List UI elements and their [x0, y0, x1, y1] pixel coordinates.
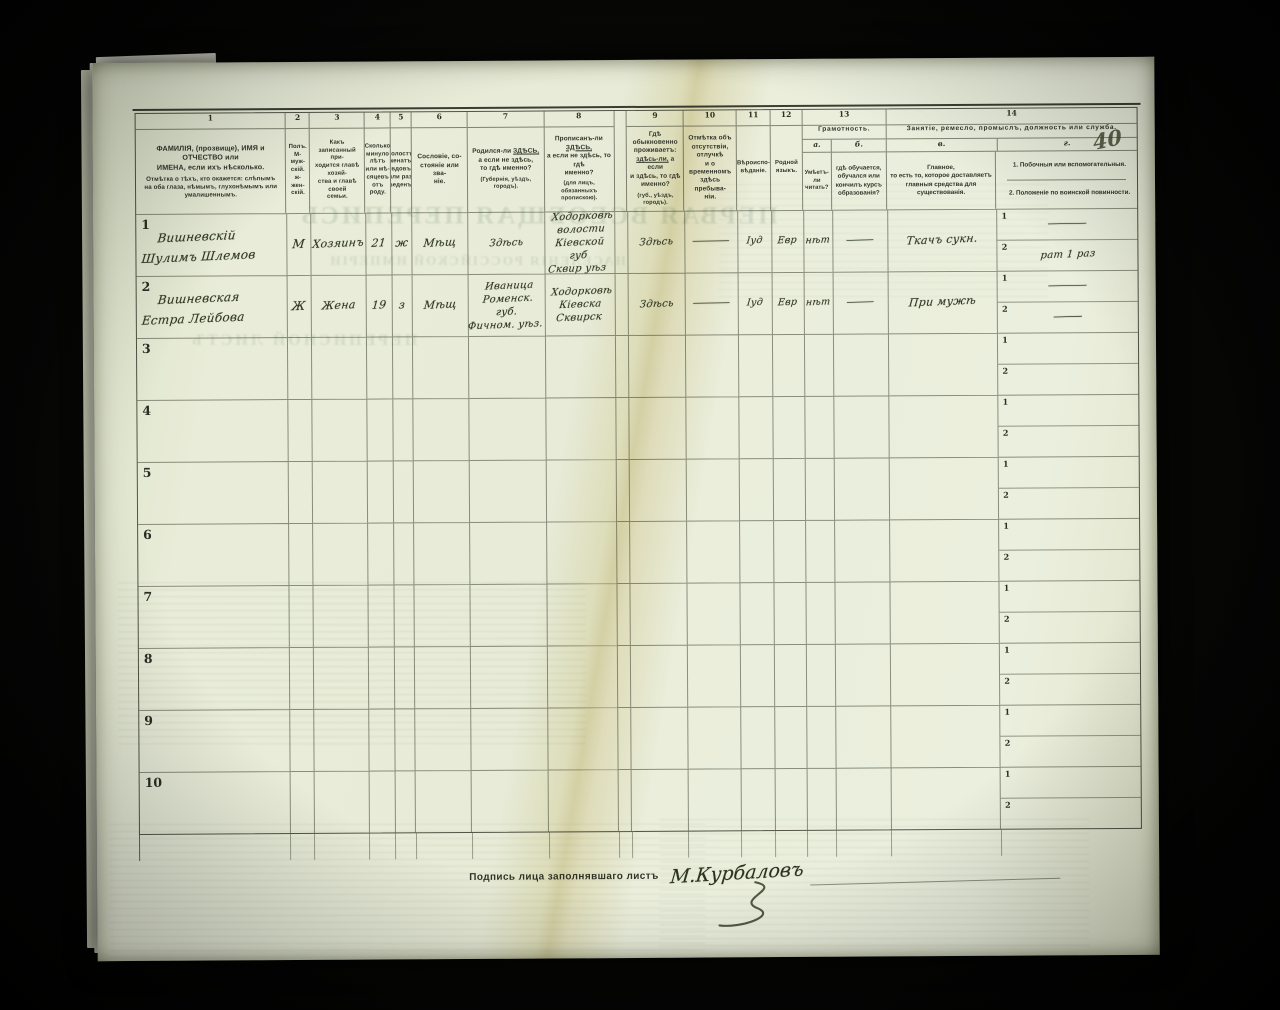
- cell-marital-status: ж: [392, 212, 413, 274]
- cell-literacy-education: [835, 581, 890, 643]
- page-fold: [616, 335, 629, 397]
- col-header-14-occupation: 14 Занятіе, ремесло, промыслъ, должность…: [887, 108, 1138, 210]
- occupation-side-1: 1 —: [997, 209, 1137, 241]
- col-header-12: 12 Родной языкъ.: [771, 110, 804, 210]
- page-fold: [616, 273, 629, 335]
- cell-language: [775, 706, 807, 768]
- cell-birthplace: [470, 397, 547, 459]
- page-fold: [618, 707, 631, 769]
- table-row: 2 Вишневская Естра Лейбова Ж Жена 19 з М…: [137, 270, 1138, 338]
- cell-literacy-education: —: [833, 271, 888, 333]
- cell-residence: [629, 335, 686, 397]
- col-header-10: 10 Отмѣтка объ отсутствіи, отлучкѣ и о в…: [684, 110, 737, 210]
- occupation-side-2: 2: [1000, 550, 1140, 581]
- col-header-3: 3 Какъ записанный при- ходится главѣ хоз…: [310, 113, 365, 213]
- cell-absence-note: [686, 334, 739, 396]
- cell-language: [773, 396, 805, 458]
- cell-sex: М: [287, 213, 311, 275]
- col6-text: Сословіе, со- стояніе или зва- ніе.: [414, 153, 465, 187]
- col8-note: (для лицъ, обязанныхъ пропискою).: [547, 181, 612, 204]
- cell-birthplace: [472, 769, 549, 831]
- cell-literacy-read: [805, 396, 834, 458]
- cell-sex: [288, 399, 312, 461]
- cell-registration: [547, 521, 617, 583]
- cell-literacy-education: [836, 767, 891, 829]
- page-fold: [617, 459, 630, 521]
- col-number: 5: [391, 112, 411, 128]
- table-body: 1 Вишневскій Шулимъ Шлемов М Хозяинъ 21 …: [136, 208, 1141, 834]
- col4-text: Сколько минуло лѣтъ или мѣ- сяцевъ отъ р…: [365, 143, 391, 198]
- cell-age: [367, 460, 393, 522]
- table-row: 1 Вишневскій Шулимъ Шлемов М Хозяинъ 21 …: [136, 208, 1137, 276]
- occupation-side-1: 1: [1001, 767, 1141, 799]
- occupation-side-2: 2: [999, 426, 1139, 457]
- cell-literacy-read: нѣт: [804, 210, 833, 272]
- cell-registration: [548, 645, 618, 707]
- cell-religion: Іуд: [738, 272, 772, 334]
- cell-name: 5: [138, 461, 289, 524]
- col-number: 3: [310, 113, 364, 129]
- col-header-5: 5 Холостъ, женатъ, вдовъ или раз- веденъ…: [391, 112, 413, 212]
- census-form-page-spread: ПЕРВАЯ ВСЕОБЩАЯ ПЕРЕПИСЬ НАСЕЛЕНІЯ РОССІ…: [92, 57, 1159, 961]
- cell-relation: [314, 771, 369, 833]
- cell-sex: [289, 523, 313, 585]
- cell-literacy-education: [834, 457, 889, 519]
- cell-name: 10: [140, 771, 291, 834]
- occupation-side-2: 2: [1001, 798, 1141, 829]
- cell-age: 21: [366, 212, 392, 274]
- row-number: 4: [142, 403, 151, 418]
- cell-occupation-main: Ткачъ сукн.: [888, 209, 998, 272]
- row-number: 9: [144, 713, 153, 728]
- cell-occupation-main: [891, 767, 1001, 830]
- cell-relation: [312, 461, 367, 523]
- cell-relation: [314, 709, 369, 771]
- col-header-2: 2 Полъ. М-муж- скій. ж-жен- скій.: [286, 113, 311, 213]
- page-fold: [617, 521, 630, 583]
- cell-residence: [631, 645, 688, 707]
- col-number: 6: [412, 112, 467, 128]
- cell-registration: [546, 335, 616, 397]
- cell-literacy-education: [834, 395, 889, 457]
- table-row: 4 1 2: [137, 394, 1138, 462]
- col-number: 9: [627, 111, 683, 127]
- cell-language: [773, 458, 805, 520]
- cell-age: [367, 398, 393, 460]
- cell-marital-status: [395, 708, 416, 770]
- cell-absence-note: [688, 706, 741, 768]
- occupation-main-header: Главное, то есть то, которое доставляетъ…: [887, 152, 996, 210]
- cell-religion: [741, 644, 775, 706]
- cell-absence-note: —: [685, 210, 738, 272]
- row-number: 5: [143, 465, 152, 480]
- subcol-letter-v: в.: [887, 139, 998, 152]
- cell-name: 4: [137, 399, 288, 462]
- col-number: 4: [365, 112, 390, 128]
- cell-name: 3: [137, 337, 288, 400]
- cell-relation: [312, 337, 367, 399]
- cell-registration: Ходорковѣ Кіевска Сквирск: [546, 273, 616, 335]
- occupation-side-1: 1 —: [998, 271, 1138, 303]
- cell-residence: [632, 769, 689, 831]
- cell-occupation-main: [891, 705, 1001, 768]
- occupation-side-header: 1. Побочныя или вспомогательныя. 2. Поло…: [996, 151, 1137, 209]
- cell-age: [368, 646, 394, 708]
- cell-absence-note: [686, 396, 739, 458]
- col7-note: (Губернія, уѣздъ, городъ).: [470, 176, 542, 191]
- page-fold: [615, 211, 628, 273]
- cell-occupation-main: [890, 519, 1000, 582]
- occupation-side1-header: 1. Побочныя или вспомогательныя.: [1007, 152, 1126, 181]
- cell-age: [368, 584, 394, 646]
- cell-estate: [415, 522, 471, 584]
- cell-sex: [288, 337, 312, 399]
- row-number: 7: [143, 589, 152, 604]
- cell-religion: Іуд: [738, 210, 772, 272]
- cell-residence: [630, 459, 687, 521]
- cell-name: 1 Вишневскій Шулимъ Шлемов: [136, 213, 287, 276]
- page-fold: [617, 583, 630, 645]
- occupation-side-1: 1: [999, 457, 1139, 489]
- cell-occupation-side: 1 2: [999, 394, 1139, 457]
- occupation-side-1: 1: [1000, 705, 1140, 737]
- cell-occupation-main: [890, 581, 1000, 644]
- cell-birthplace: Здѣсь: [469, 211, 546, 273]
- cell-registration: [547, 397, 617, 459]
- page-fold: [614, 111, 628, 211]
- occupation-side-2: 2: [998, 364, 1138, 395]
- cell-relation: Хозяинъ: [311, 213, 366, 275]
- cell-religion: [741, 768, 775, 830]
- cell-residence: [630, 583, 687, 645]
- col-number: 14: [887, 108, 1137, 126]
- cell-marital-status: [392, 336, 413, 398]
- cell-literacy-education: [834, 333, 889, 395]
- cell-marital-status: [393, 398, 414, 460]
- cell-relation: Жена: [311, 275, 366, 337]
- cell-language: [774, 520, 806, 582]
- subcol-letter-a: а.: [803, 140, 832, 152]
- cell-age: [368, 522, 394, 584]
- cell-name: 8: [139, 647, 290, 710]
- cell-sex: [289, 585, 313, 647]
- cell-age: [369, 770, 395, 832]
- col2-text: Полъ. М-муж- скій. ж-жен- скій.: [288, 144, 307, 199]
- cell-birthplace: Иваница Роменск. губ. Фичном. уѣз.: [469, 273, 546, 335]
- cell-religion: [739, 334, 773, 396]
- cell-literacy-read: [805, 334, 834, 396]
- signature-flourish-icon: [705, 879, 800, 935]
- cell-absence-note: [687, 458, 740, 520]
- cell-literacy-read: [806, 520, 835, 582]
- cell-birthplace: [470, 459, 547, 521]
- col3-text: Какъ записанный при- ходится главѣ хозяй…: [312, 139, 362, 202]
- cell-language: [773, 334, 805, 396]
- cell-estate: [415, 584, 471, 646]
- col-number: 7: [468, 111, 544, 127]
- cell-marital-status: [395, 770, 416, 832]
- cell-absence-note: [687, 520, 740, 582]
- cell-name: 7: [138, 585, 289, 648]
- cell-registration: Ходорковѣ волости Кіевской губ Сквир уѣз: [545, 211, 615, 273]
- cell-marital-status: [393, 460, 414, 522]
- cell-language: Евр: [772, 210, 804, 272]
- cell-registration: [549, 769, 619, 831]
- cell-literacy-education: —: [833, 209, 888, 271]
- cell-registration: [547, 459, 617, 521]
- col-header-11: 11 Вѣроиспо- вѣданіе.: [737, 110, 772, 210]
- cell-relation: [313, 523, 368, 585]
- cell-estate: [413, 336, 469, 398]
- table-row: 3 1 2: [137, 332, 1138, 400]
- cell-occupation-side: 1 — 2 рат 1 раз: [997, 208, 1137, 271]
- row-number: 3: [142, 341, 151, 356]
- row-number: 6: [143, 527, 152, 542]
- cell-sex: [290, 647, 314, 709]
- cell-estate: [414, 460, 470, 522]
- cell-name: 9: [139, 709, 290, 772]
- cell-occupation-side: 1 2: [999, 456, 1139, 519]
- page-fold: [616, 397, 629, 459]
- cell-estate: [414, 398, 470, 460]
- col-number: 2: [286, 113, 309, 129]
- cell-estate: [415, 646, 471, 708]
- cell-estate: [416, 770, 472, 832]
- cell-occupation-side: 1 2: [999, 518, 1139, 581]
- cell-residence: [630, 521, 687, 583]
- cell-estate: Мѣщ: [413, 212, 469, 274]
- table-row: 5 1 2: [138, 456, 1139, 524]
- cell-literacy-education: [836, 705, 891, 767]
- cell-occupation-side: 1 2: [998, 332, 1138, 395]
- col-header-1: 1 ФАМИЛІЯ, (прозвище), ИМЯ и ОТЧЕСТВО ил…: [136, 113, 287, 214]
- col-number: 13: [803, 109, 886, 126]
- cell-absence-note: [687, 582, 740, 644]
- cell-absence-note: [688, 644, 741, 706]
- cell-occupation-main: [889, 395, 999, 458]
- occupation-side-2: 2 рат 1 раз: [998, 240, 1138, 271]
- row-number: 8: [144, 651, 153, 666]
- cell-occupation-main: При мужѣ: [888, 271, 998, 334]
- cell-sex: Ж: [287, 275, 311, 337]
- cell-birthplace: [470, 521, 547, 583]
- occupation-side-2: 2 —: [998, 302, 1138, 333]
- col1-title: ФАМИЛІЯ, (прозвище), ИМЯ и ОТЧЕСТВО или …: [138, 143, 284, 172]
- cell-residence: Здѣсь: [629, 273, 686, 335]
- literacy-group-label: Грамотность.: [803, 125, 886, 140]
- cell-language: [775, 768, 807, 830]
- cell-literacy-read: [807, 706, 836, 768]
- cell-literacy-read: нѣт: [804, 272, 833, 334]
- cell-literacy-read: [807, 768, 836, 830]
- cell-marital-status: [394, 522, 415, 584]
- cell-literacy-education: [835, 519, 890, 581]
- col11-text: Вѣроиспо- вѣданіе.: [737, 160, 770, 176]
- occupation-side-1: 1: [999, 519, 1139, 551]
- cell-sex: [288, 461, 312, 523]
- cell-occupation-main: [890, 643, 1000, 706]
- cell-occupation-main: [889, 457, 999, 520]
- table-row: 6 1 2: [138, 518, 1139, 586]
- name-handwriting: Вишневскій Шулимъ Шлемов: [140, 224, 258, 270]
- cell-occupation-side: 1 2: [1001, 766, 1141, 829]
- col-number: 10: [684, 110, 736, 126]
- cell-residence: Здѣсь: [628, 211, 685, 273]
- cell-age: [366, 336, 392, 398]
- cell-marital-status: [394, 584, 415, 646]
- cell-sex: [290, 771, 314, 833]
- col1-note: Отмѣтка о тѣхъ, кто окажется: слѣпымъ на…: [144, 175, 277, 200]
- occupation-side-1: 1: [1000, 643, 1140, 675]
- occupation-side-1: 1: [999, 395, 1139, 427]
- cell-residence: [631, 707, 688, 769]
- photo-background: ПЕРВАЯ ВСЕОБЩАЯ ПЕРЕПИСЬ НАСЕЛЕНІЯ РОССІ…: [0, 0, 1280, 1010]
- signature-label: Подпись лица заполнявшаго листъ: [469, 871, 659, 883]
- cell-language: [775, 644, 807, 706]
- cell-birthplace: [471, 583, 548, 645]
- col-number: 12: [771, 110, 802, 126]
- cell-age: 19: [366, 274, 392, 336]
- table-row: 10 1 2: [140, 766, 1141, 834]
- cell-absence-note: [688, 768, 741, 830]
- table-row: 7 1 2: [138, 580, 1139, 648]
- cell-occupation-side: 1 2: [1000, 704, 1140, 767]
- cell-religion: [741, 706, 775, 768]
- occupation-side-2: 2: [1000, 612, 1140, 643]
- cell-estate: Мѣщ: [413, 274, 469, 336]
- cell-birthplace: [469, 335, 546, 397]
- cell-registration: [548, 707, 618, 769]
- col10-text: Отмѣтка объ отсутствіи, отлучкѣ и о врем…: [686, 135, 734, 203]
- col5-text: Холостъ, женатъ, вдовъ или раз- веденъ.: [391, 151, 412, 190]
- table-row: 8 1 2: [139, 642, 1140, 710]
- col-header-13-literacy: 13 Грамотность. а. б. Умѣетъ- ли читать?…: [803, 109, 888, 210]
- cell-sex: [290, 709, 314, 771]
- occupation-side-2: 2: [1000, 674, 1140, 705]
- cell-language: [774, 582, 806, 644]
- cell-birthplace: [471, 645, 548, 707]
- cell-occupation-side: 1 2: [1000, 642, 1140, 705]
- cell-estate: [416, 708, 472, 770]
- table-header: 1 ФАМИЛІЯ, (прозвище), ИМЯ и ОТЧЕСТВО ил…: [136, 108, 1138, 214]
- cell-religion: [739, 396, 773, 458]
- literacy-read-header: Умѣетъ- ли читать?: [803, 153, 832, 210]
- name-handwriting: Вишневская Естра Лейбова: [141, 286, 248, 331]
- cell-literacy-read: [805, 458, 834, 520]
- cell-relation: [312, 399, 367, 461]
- cell-occupation-side: 1 2: [1000, 580, 1140, 643]
- cell-marital-status: [394, 646, 415, 708]
- cell-name: 2 Вишневская Естра Лейбова: [137, 275, 288, 338]
- cell-religion: [740, 520, 774, 582]
- page-fold: [618, 645, 631, 707]
- cell-residence: [629, 397, 686, 459]
- cell-occupation-side: 1 — 2 —: [998, 270, 1138, 333]
- cell-absence-note: —: [685, 272, 738, 334]
- cell-relation: [313, 647, 368, 709]
- cell-literacy-read: [806, 644, 835, 706]
- col-header-8: 8 Прописанъ-ли ЗДѢСЬ, а если не здѣсь, т…: [544, 111, 614, 211]
- cell-literacy-education: [835, 643, 890, 705]
- col9-text: Гдѣ обыкновенно проживаетъ: здѣсь-ли, а …: [629, 130, 681, 189]
- row-number: 10: [145, 775, 162, 790]
- cell-religion: [740, 582, 774, 644]
- cell-language: Евр: [772, 272, 804, 334]
- occupation-side-2: 2: [1001, 736, 1141, 767]
- col-number: 1: [136, 113, 286, 130]
- page-fold: [619, 769, 632, 831]
- col-header-6: 6 Сословіе, со- стояніе или зва- ніе.: [412, 112, 468, 212]
- cell-age: [369, 708, 395, 770]
- cell-marital-status: з: [392, 274, 413, 336]
- col-number: 8: [544, 111, 613, 127]
- col7-text: Родился-ли ЗДѢСЬ, а если не здѣсь, то гд…: [470, 148, 542, 174]
- col-header-4: 4 Сколько минуло лѣтъ или мѣ- сяцевъ отъ…: [365, 112, 392, 212]
- cell-name: 6: [138, 523, 289, 586]
- census-table: 1 ФАМИЛІЯ, (прозвище), ИМЯ и ОТЧЕСТВО ил…: [135, 107, 1142, 835]
- literacy-education-header: гдѣ обучается, обучался или кончилъ курс…: [831, 152, 886, 209]
- cell-relation: [313, 585, 368, 647]
- col9-note: (губ., уѣздъ, городъ).: [630, 192, 682, 207]
- cell-registration: [548, 583, 618, 645]
- col8-text: Прописанъ-ли ЗДѢСЬ, а если не здѣсь, то …: [546, 135, 611, 178]
- occupation-side-2: 2: [999, 488, 1139, 519]
- col-number: 11: [737, 110, 770, 126]
- occupation-side2-header: 2. Положеніе по воинской повинности.: [1003, 180, 1130, 208]
- occupation-side-1: 1: [1000, 581, 1140, 613]
- cell-literacy-read: [806, 582, 835, 644]
- cell-birthplace: [472, 707, 549, 769]
- col-header-7: 7 Родился-ли ЗДѢСЬ, а если не здѣсь, то …: [468, 111, 545, 211]
- subcol-letter-b: б.: [832, 139, 886, 151]
- cell-occupation-main: [888, 333, 998, 396]
- occupation-side-1: 1: [998, 333, 1138, 365]
- col-header-9: 9 Гдѣ обыкновенно проживаетъ: здѣсь-ли, …: [627, 111, 684, 211]
- cell-religion: [739, 458, 773, 520]
- col12-text: Родной языкъ.: [775, 160, 798, 176]
- table-row: 9 1 2: [139, 704, 1140, 772]
